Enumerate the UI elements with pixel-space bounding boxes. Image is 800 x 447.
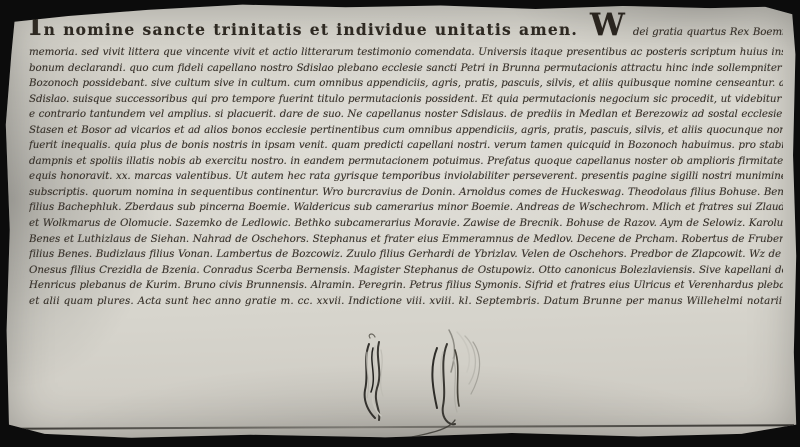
charter-line: bonum declarandi. quo cum fideli capella…: [29, 61, 783, 77]
charter-witness-line: subscriptis. quorum nomina in sequentibu…: [29, 185, 783, 201]
charter-witness-line: filius Bachephluk. Zberdaus sub pincerna…: [29, 200, 783, 216]
charter-witness-line: Onesus filius Crezidla de Bzenia. Conrad…: [29, 263, 783, 279]
seal-cord-right-icon: [377, 330, 480, 441]
charter-dating-clause: et alii quam plures. Acta sunt hec anno …: [29, 294, 783, 310]
charter-line: Bozonoch possidebant. sive cultum sive i…: [29, 76, 783, 92]
charter-line: memoria. sed vivit littera que vincente …: [29, 45, 783, 61]
charter-witness-line: Henricus plebanus de Kurim. Bruno civis …: [29, 278, 783, 294]
invocation-text: In nomine sancte trinitatis et individue…: [29, 8, 578, 48]
seal-cord-left-icon: [363, 334, 386, 420]
charter-line: Sdislao. suisque successoribus qui pro t…: [29, 92, 783, 108]
charter-line: Stasen et Bosor ad vicarios et ad alios …: [29, 123, 783, 139]
royal-initial-w: W: [590, 10, 625, 41]
charter-line: equis honoravit. xx. marcas valentibus. …: [29, 169, 783, 185]
charter-witness-line: filius Benes. Budizlaus filius Vonan. La…: [29, 247, 783, 263]
charter-line: dampnis et spoliis illatis nobis ab exer…: [29, 154, 783, 170]
charter-text-block: In nomine sancte trinitatis et individue…: [29, 8, 783, 309]
charter-witness-line: et Wolkmarus de Olomucie. Sazemko de Led…: [29, 216, 783, 232]
charter-first-line: In nomine sancte trinitatis et individue…: [29, 8, 783, 45]
charter-line: fuerit inequalis. quia plus de bonis nos…: [29, 138, 783, 154]
photograph-background: In nomine sancte trinitatis et individue…: [0, 0, 800, 447]
charter-line: e contrario tantundem vel amplius. si pl…: [29, 107, 783, 123]
charter-parchment: In nomine sancte trinitatis et individue…: [5, 2, 797, 440]
charter-witness-line: Benes et Luthizlaus de Siehan. Nahrad de…: [29, 232, 783, 248]
